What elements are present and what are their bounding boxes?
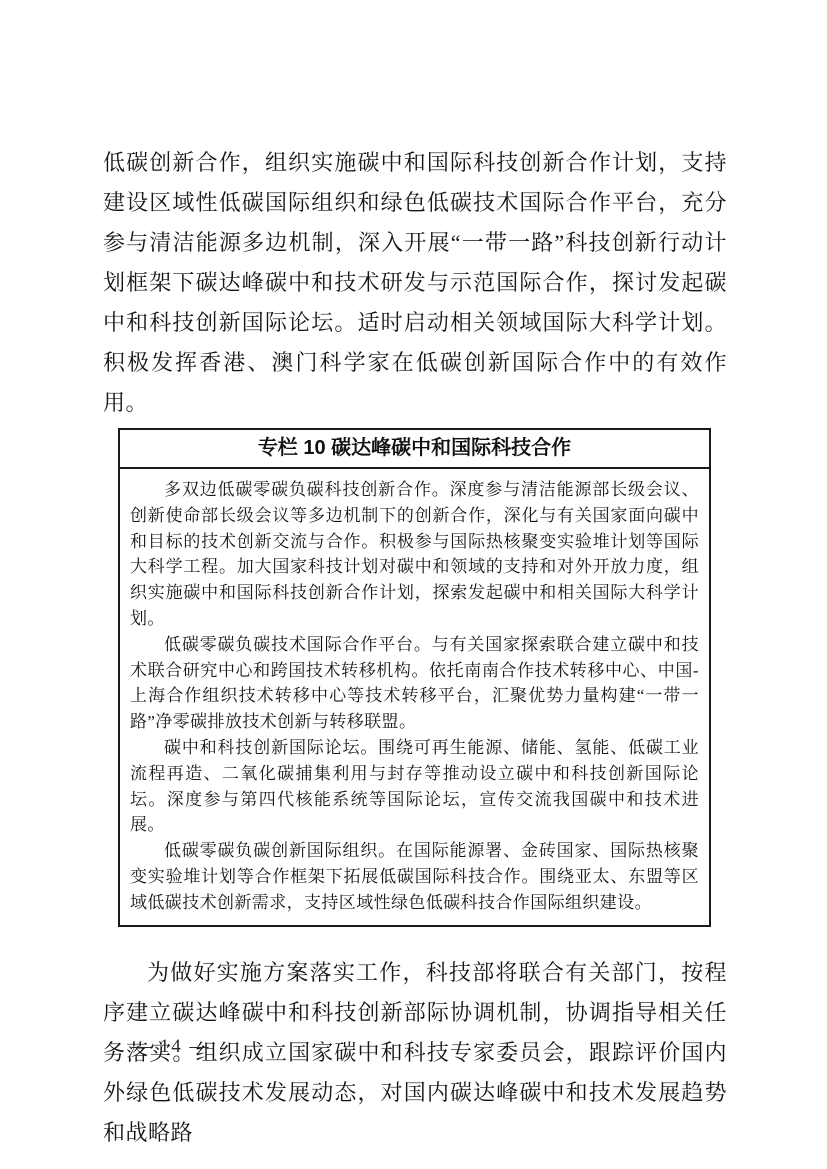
page-number: — 14 —: [132, 1036, 211, 1058]
column-box-title: 专栏 10 碳达峰碳中和国际科技合作: [120, 430, 709, 469]
box-paragraph-multilateral-cooperation: 多双边低碳零碳负碳科技创新合作。深度参与清洁能源部长级会议、创新使命部长级会议等…: [130, 477, 699, 632]
column-10-box: 专栏 10 碳达峰碳中和国际科技合作 多双边低碳零碳负碳科技创新合作。深度参与清…: [118, 428, 711, 927]
column-box-content: 多双边低碳零碳负碳科技创新合作。深度参与清洁能源部长级会议、创新使命部长级会议等…: [120, 469, 709, 925]
box-paragraph-international-forum: 碳中和科技创新国际论坛。围绕可再生能源、储能、氢能、低碳工业流程再造、二氧化碳捕…: [130, 735, 699, 838]
box-paragraph-tech-platform: 低碳零碳负碳技术国际合作平台。与有关国家探索联合建立碳中和技术联合研究中心和跨国…: [130, 632, 699, 735]
intro-paragraph: 低碳创新合作，组织实施碳中和国际科技创新合作计划，支持建设区域性低碳国际组织和绿…: [103, 143, 727, 423]
document-page: 低碳创新合作，组织实施碳中和国际科技创新合作计划，支持建设区域性低碳国际组织和绿…: [0, 0, 827, 1169]
page-content: 低碳创新合作，组织实施碳中和国际科技创新合作计划，支持建设区域性低碳国际组织和绿…: [103, 143, 727, 1153]
box-paragraph-international-organization: 低碳零碳负碳创新国际组织。在国际能源署、金砖国家、国际热核聚变实验堆计划等合作框…: [130, 838, 699, 915]
